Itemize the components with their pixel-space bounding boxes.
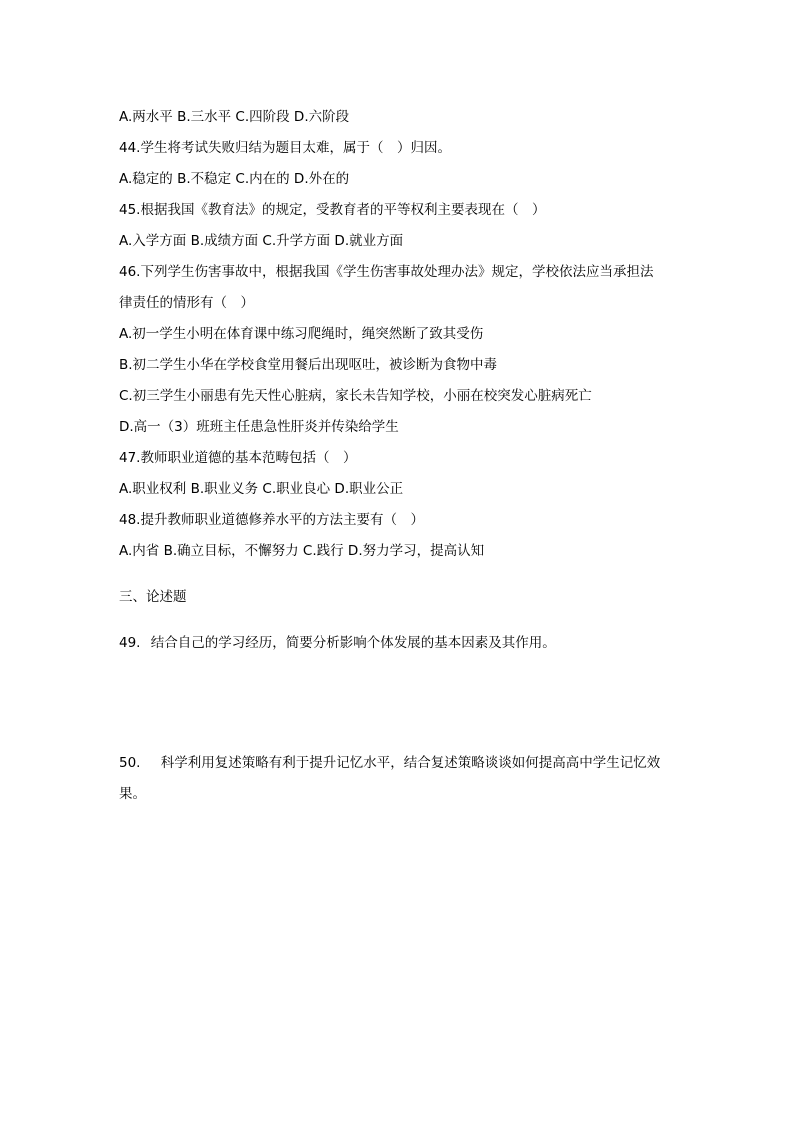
q49-text: 结合自己的学习经历，简要分析影响个体发展的基本因素及其作用。 [151,635,556,651]
q46-option-a: A.初一学生小明在体育课中练习爬绳时，绳突然断了致其受伤 [119,319,679,350]
q50: 50. 科学利用复述策略有利于提升记忆水平，结合复述策略谈谈如何提高高中学生记忆… [119,748,679,810]
q47-options: A.职业权利 B.职业义务 C.职业良心 D.职业公正 [119,474,679,505]
q49-number: 49. [119,635,140,651]
q43-options: A.两水平 B.三水平 C.四阶段 D.六阶段 [119,102,679,133]
answer-space-q49 [119,659,679,748]
q44-stem: 44.学生将考试失败归结为题目太难，属于（ ）归因。 [119,133,679,164]
q45-stem: 45.根据我国《教育法》的规定，受教育者的平等权利主要表现在（ ） [119,195,679,226]
q49: 49. 结合自己的学习经历，简要分析影响个体发展的基本因素及其作用。 [119,628,679,659]
q44-options: A.稳定的 B.不稳定 C.内在的 D.外在的 [119,164,679,195]
q48-options: A.内省 B.确立目标，不懈努力 C.践行 D.努力学习，提高认知 [119,536,679,567]
q46-stem-line2: 律责任的情形有（ ） [119,288,679,319]
q46-option-d: D.高一（3）班班主任患急性肝炎并传染给学生 [119,412,679,443]
section-title-essay: 三、论述题 [119,582,679,613]
q50-text-line1: 科学利用复述策略有利于提升记忆水平，结合复述策略谈谈如何提高高中学生记忆效 [161,755,661,771]
q46-option-b: B.初二学生小华在学校食堂用餐后出现呕吐，被诊断为食物中毒 [119,350,679,381]
q48-stem: 48.提升教师职业道德修养水平的方法主要有（ ） [119,505,679,536]
q47-stem: 47.教师职业道德的基本范畴包括（ ） [119,443,679,474]
q50-number: 50. [119,755,140,771]
document-page: A.两水平 B.三水平 C.四阶段 D.六阶段 44.学生将考试失败归结为题目太… [119,102,679,810]
q50-text-line2: 果。 [119,779,679,810]
q46-stem-line1: 46.下列学生伤害事故中，根据我国《学生伤害事故处理办法》规定，学校依法应当承担… [119,257,679,288]
q46-option-c: C.初三学生小丽患有先天性心脏病，家长未告知学校，小丽在校突发心脏病死亡 [119,381,679,412]
q45-options: A.入学方面 B.成绩方面 C.升学方面 D.就业方面 [119,226,679,257]
